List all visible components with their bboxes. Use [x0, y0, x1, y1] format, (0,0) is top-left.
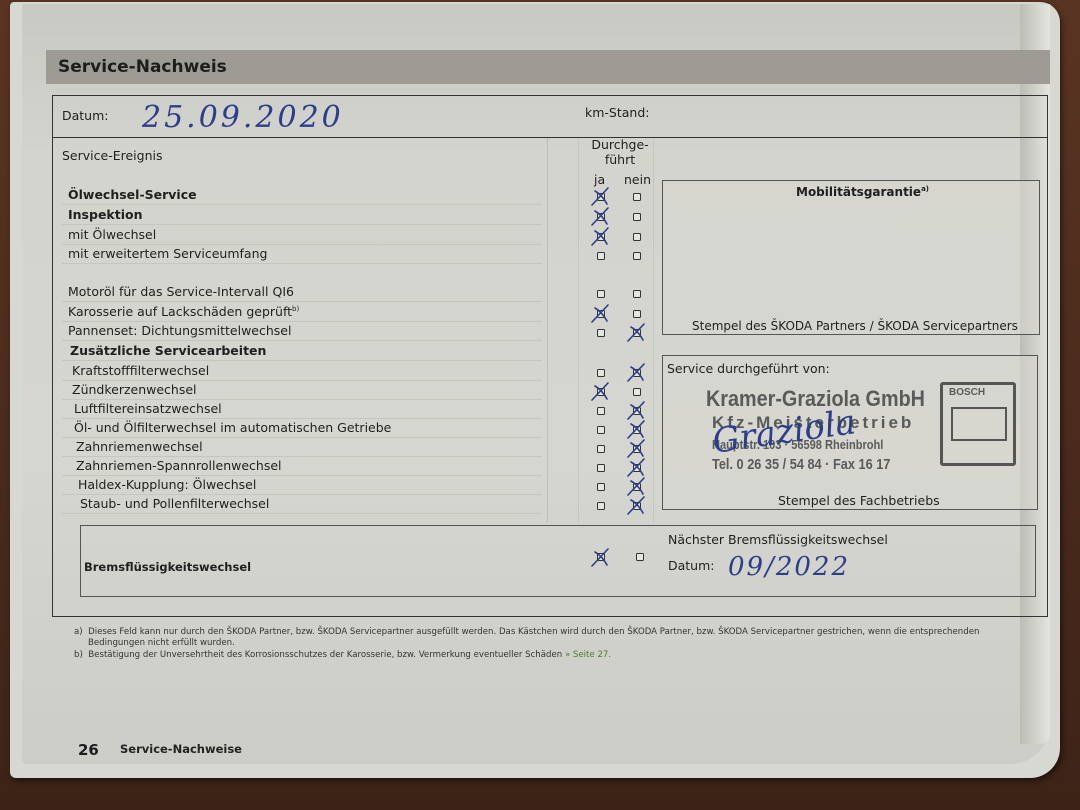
checkbox-ja[interactable] [597, 483, 605, 491]
yes-column-label: ja [594, 172, 605, 187]
checkbox-ja[interactable] [597, 388, 605, 396]
checkbox-ja[interactable] [597, 464, 605, 472]
service-item-label: mit erweitertem Serviceumfang [68, 246, 267, 261]
service-item-label: Öl- und Ölfilterwechsel im automatischen… [74, 420, 391, 435]
no-column-label: nein [624, 172, 651, 187]
date-value[interactable]: 25.09.2020 [142, 100, 344, 135]
page-reference-link[interactable]: » Seite 27. [565, 650, 611, 660]
footnote-a-text: Dieses Feld kann nur durch den ŠKODA Par… [88, 627, 979, 637]
checkbox-nein[interactable] [633, 213, 641, 221]
service-item-label: Kraftstofffilterwechsel [72, 363, 209, 378]
checkbox-ja[interactable] [597, 233, 605, 241]
service-event-label: Service-Ereignis [62, 148, 162, 163]
mobility-title-text: Mobilitätsgarantie [796, 185, 921, 199]
checkbox-ja[interactable] [597, 369, 605, 377]
row-divider [62, 360, 542, 361]
footnote-b: b) Bestätigung der Unversehrtheit des Ko… [74, 650, 611, 660]
partner-stamp-caption: Stempel des ŠKODA Partners / ŠKODA Servi… [692, 319, 1018, 333]
row-divider [62, 301, 542, 302]
checkbox-nein[interactable] [633, 310, 641, 318]
checkbox-ja[interactable] [597, 445, 605, 453]
footnote-a: a) Dieses Feld kann nur durch den ŠKODA … [74, 627, 979, 637]
footnote-b-text: Bestätigung der Unversehrtheit des Korro… [88, 650, 562, 660]
checkbox-nein[interactable] [633, 426, 641, 434]
row-divider [62, 399, 542, 400]
footnote-a-marker: a) [74, 627, 83, 637]
checkbox-nein[interactable] [633, 329, 641, 337]
checkbox-nein[interactable] [633, 193, 641, 201]
row-divider [62, 437, 542, 438]
service-item-label: Karosserie auf Lackschäden geprüftb) [68, 304, 299, 319]
service-item-label: Ölwechsel-Service [68, 187, 197, 202]
checkbox-nein[interactable] [633, 290, 641, 298]
row-divider [62, 418, 542, 419]
checkbox-ja[interactable] [597, 193, 605, 201]
performed-column [578, 138, 654, 522]
footnote-b-marker: b) [74, 650, 83, 660]
brake-date-value[interactable]: 09/2022 [728, 552, 850, 582]
checkbox-ja[interactable] [597, 407, 605, 415]
brake-checkbox-nein[interactable] [636, 553, 644, 561]
checkbox-nein[interactable] [633, 252, 641, 260]
km-label: km-Stand: [585, 105, 650, 120]
checkbox-ja[interactable] [597, 502, 605, 510]
row-divider [62, 321, 542, 322]
brake-date-label: Datum: [668, 558, 715, 573]
checkbox-nein[interactable] [633, 233, 641, 241]
workshop-title: Service durchgeführt von: [667, 361, 830, 376]
page-number: 26 [78, 741, 99, 759]
checkbox-ja[interactable] [597, 290, 605, 298]
service-item-label: Inspektion [68, 207, 142, 222]
row-divider [62, 380, 542, 381]
footer-section-title: Service-Nachweise [120, 742, 242, 756]
bosch-stamp: BOSCH [940, 382, 1016, 466]
row-divider [62, 494, 542, 495]
checkbox-nein[interactable] [633, 369, 641, 377]
date-label: Datum: [62, 108, 109, 123]
row-divider [62, 456, 542, 457]
checkbox-nein[interactable] [633, 407, 641, 415]
workshop-stamp-caption: Stempel des Fachbetriebs [778, 493, 940, 508]
mobility-guarantee-box [662, 180, 1040, 335]
bosch-stamp-inner [951, 407, 1007, 441]
footnote-ref-b: b) [292, 305, 299, 313]
checkbox-nein[interactable] [633, 388, 641, 396]
checkbox-nein[interactable] [633, 445, 641, 453]
row-divider [62, 513, 542, 514]
brake-fluid-label: Bremsflüssigkeitswechsel [84, 560, 251, 574]
row-divider [62, 263, 542, 264]
page-title: Service-Nachweis [58, 57, 227, 77]
bosch-logo: BOSCH [949, 387, 985, 398]
checkbox-nein[interactable] [633, 483, 641, 491]
service-item-label: Motoröl für das Service-Intervall QI6 [68, 284, 294, 299]
row-divider [62, 204, 542, 205]
footnote-a-continued: Bedingungen nicht erfüllt wurden. [88, 638, 235, 648]
row-divider [62, 244, 542, 245]
checkbox-ja[interactable] [597, 329, 605, 337]
checkbox-ja[interactable] [597, 310, 605, 318]
row-divider [62, 475, 542, 476]
service-item-label: Staub- und Pollenfilterwechsel [80, 496, 269, 511]
brake-checkbox-ja[interactable] [597, 553, 605, 561]
section-heading: Zusätzliche Servicearbeiten [70, 343, 266, 358]
service-item-label: mit Ölwechsel [68, 227, 156, 242]
service-item-label: Haldex-Kupplung: Ölwechsel [78, 477, 256, 492]
performed-header-line2: führt [590, 152, 650, 167]
performed-header-line1: Durchge- [590, 137, 650, 152]
row-divider [62, 340, 542, 341]
mobility-guarantee-title: Mobilitätsgarantiea) [796, 185, 929, 199]
checkbox-nein[interactable] [633, 464, 641, 472]
footnote-ref-a: a) [921, 185, 929, 193]
service-item-label: Zündkerzenwechsel [72, 382, 197, 397]
service-item-label: Pannenset: Dichtungsmittelwechsel [68, 323, 291, 338]
service-item-label: Zahnriemen-Spannrollenwechsel [76, 458, 282, 473]
checkbox-nein[interactable] [633, 502, 641, 510]
checkbox-ja[interactable] [597, 213, 605, 221]
service-item-label: Luftfiltereinsatzwechsel [74, 401, 222, 416]
checkbox-ja[interactable] [597, 426, 605, 434]
next-brake-fluid-label: Nächster Bremsflüssigkeitswechsel [668, 532, 888, 547]
checkbox-ja[interactable] [597, 252, 605, 260]
row-divider [62, 224, 542, 225]
service-item-label: Zahnriemenwechsel [76, 439, 203, 454]
